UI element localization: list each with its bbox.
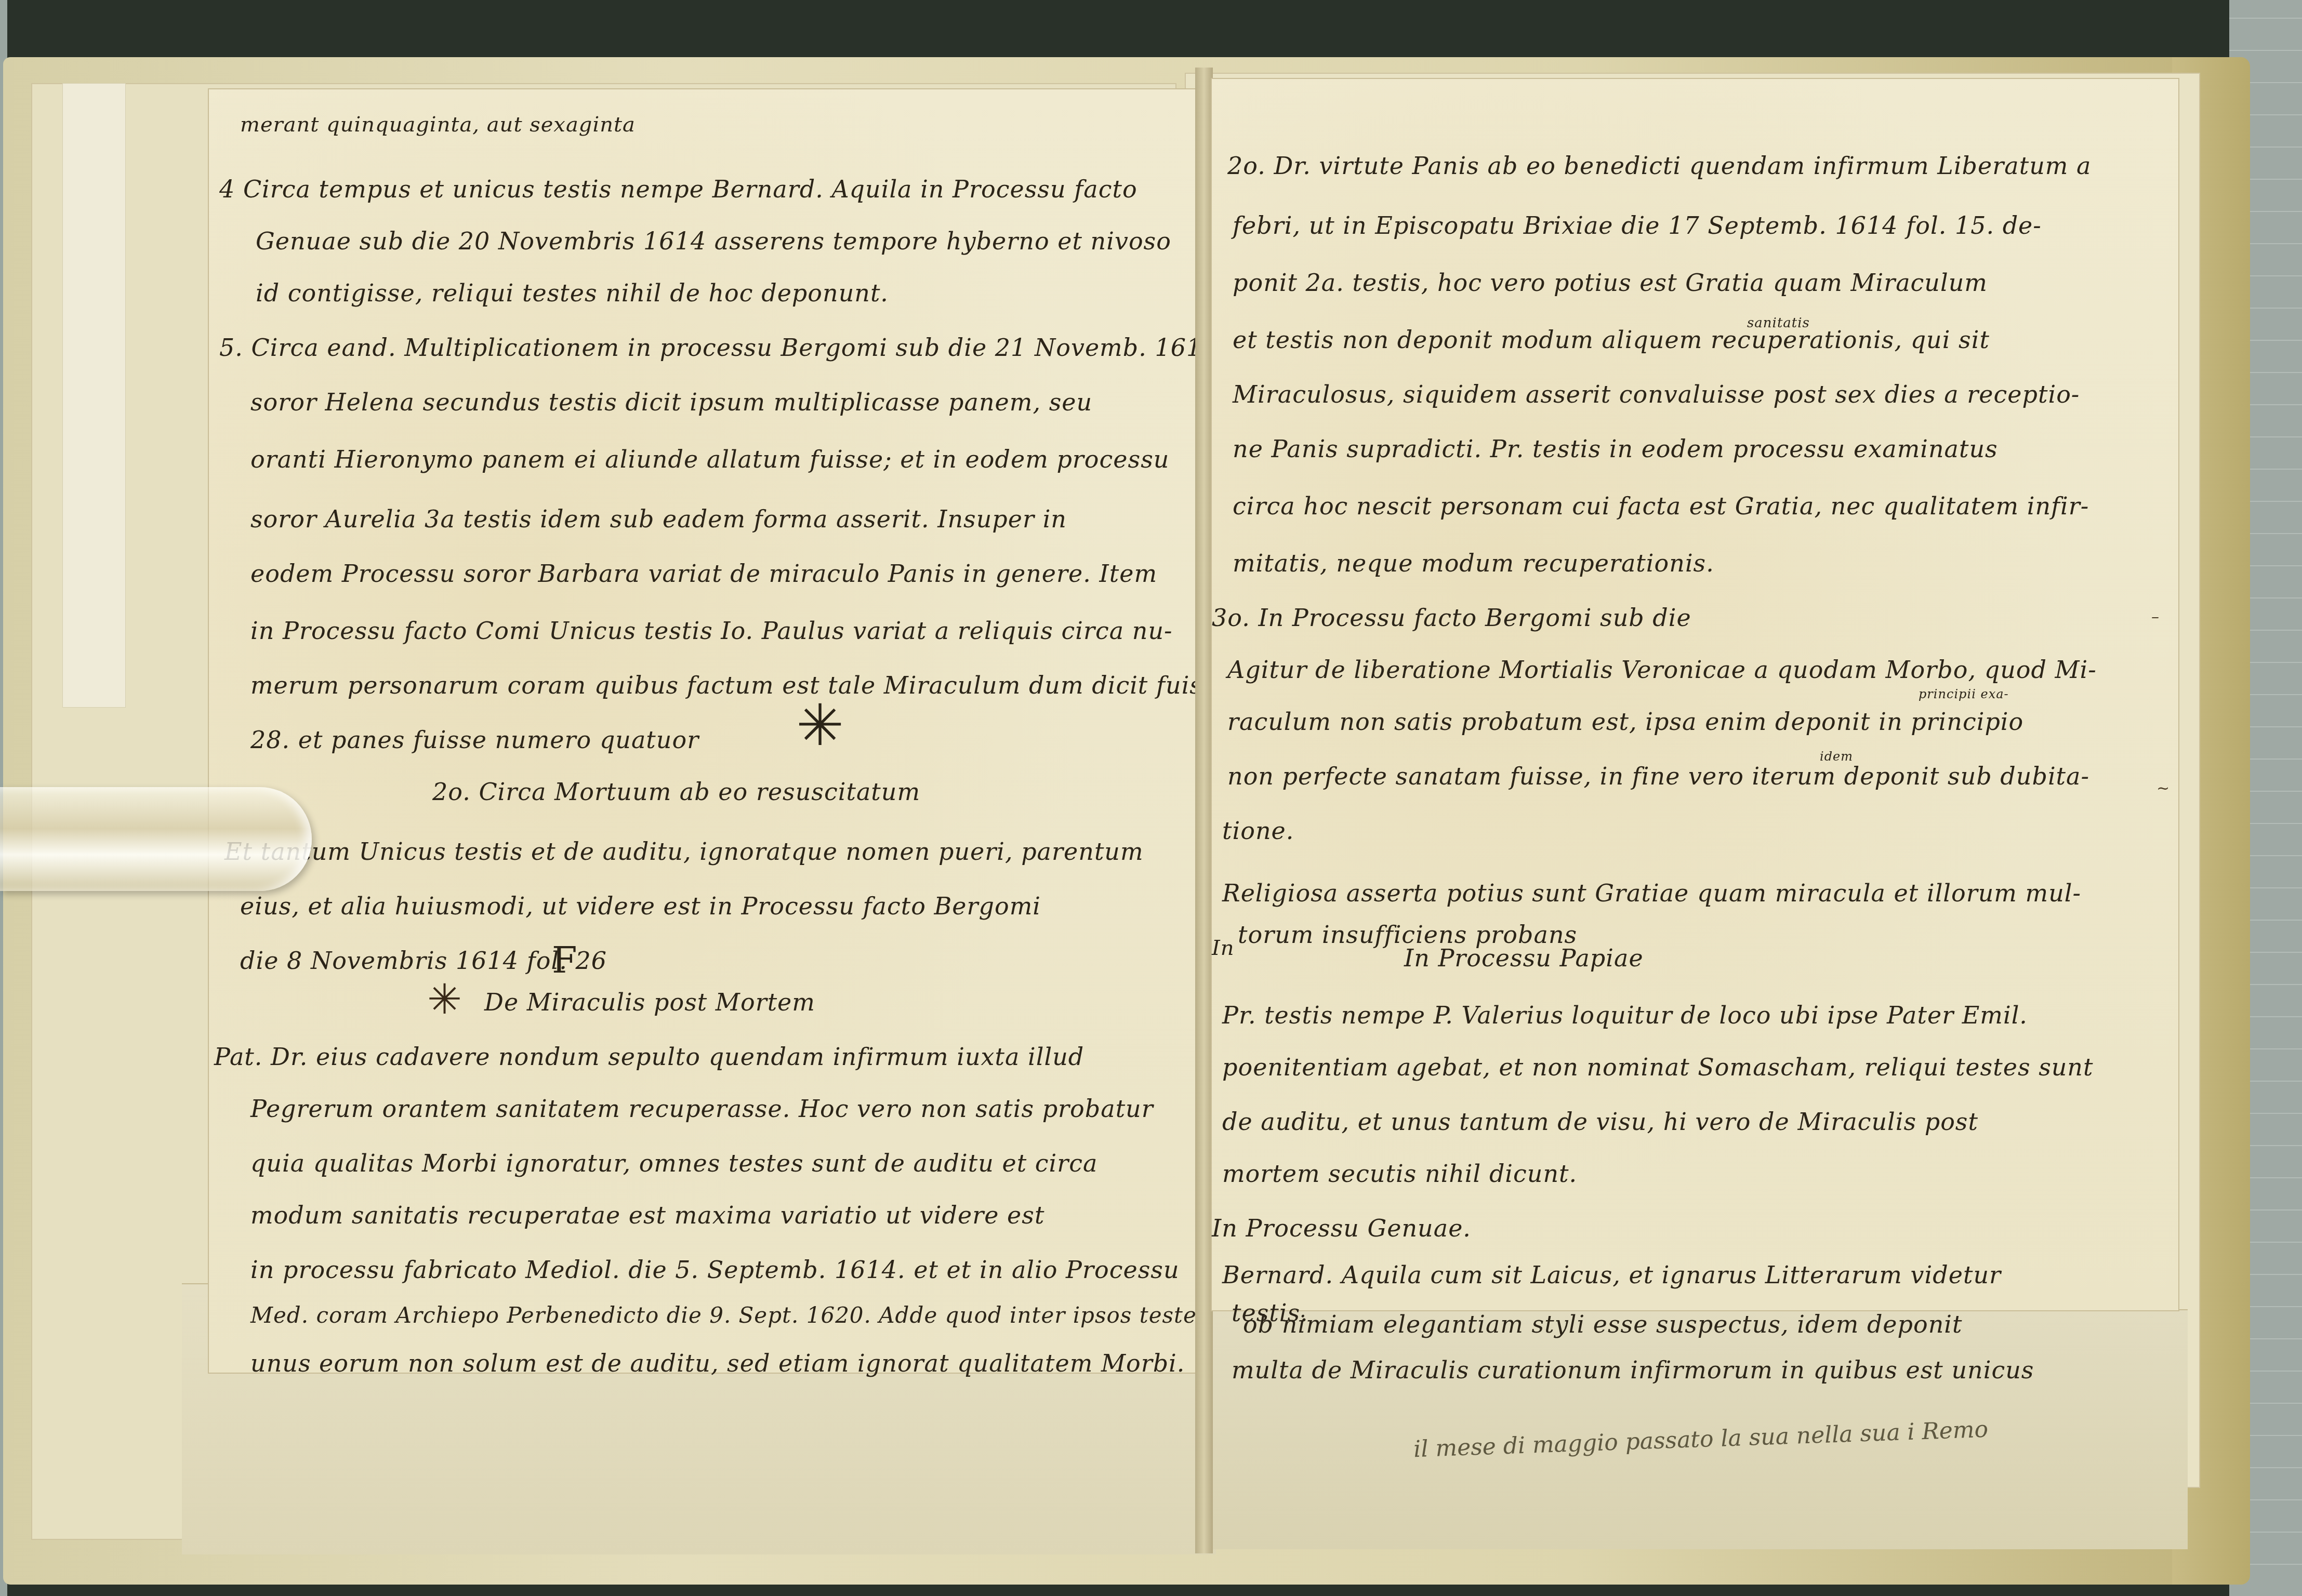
text-line: modum sanitatis recuperatae est maxima v… bbox=[250, 1201, 1044, 1229]
text-line: soror Aurelia 3a testis idem sub eadem f… bbox=[250, 505, 1067, 533]
text-line: testis. bbox=[1232, 1299, 1308, 1327]
paper-flap bbox=[62, 83, 126, 708]
text-line: 5. Circa eand. Multiplicationem in proce… bbox=[219, 334, 1226, 362]
left-page-text: merant quinquaginta, aut sexaginta 4 Cir… bbox=[209, 89, 1201, 1373]
text-line: in Processu facto Comi Unicus testis Io.… bbox=[250, 617, 1173, 645]
right-page-text-continued: multa de Miraculis curationum infirmorum… bbox=[1211, 0, 2177, 1596]
text-line: Pegrerum orantem sanitatem recuperasse. … bbox=[250, 1095, 1154, 1123]
asterisk-mark-icon: ✳ bbox=[796, 692, 844, 759]
text-line: Med. coram Archiepo Perbenedicto die 9. … bbox=[250, 1302, 1208, 1328]
text-line: Et tantum Unicus testis et de auditu, ig… bbox=[224, 837, 1144, 866]
text-line: oranti Hieronymo panem ei aliunde allatu… bbox=[250, 445, 1169, 473]
text-line: Genuae sub die 20 Novembris 1614 asseren… bbox=[256, 227, 1171, 255]
margin-fragment: ~ bbox=[2157, 779, 2169, 797]
f-mark-icon: F bbox=[552, 939, 578, 981]
text-line: 4 Circa tempus et unicus testis nempe Be… bbox=[219, 175, 1137, 203]
text-line: unus eorum non solum est de auditu, sed … bbox=[250, 1349, 1185, 1377]
section-heading: De Miraculis post Mortem bbox=[484, 988, 815, 1016]
binding-gutter bbox=[1195, 68, 1213, 1553]
text-line: in processu fabricato Mediol. die 5. Sep… bbox=[250, 1256, 1180, 1284]
text-line: 28. et panes fuisse numero quatuor bbox=[250, 726, 699, 754]
text-line: quia qualitas Morbi ignoratur, omnes tes… bbox=[250, 1149, 1097, 1177]
text-line: soror Helena secundus testis dicit ipsum… bbox=[250, 388, 1092, 416]
text-line: id contigisse, reliqui testes nihil de h… bbox=[256, 279, 889, 307]
text-line: eius, et alia huiusmodi, ut videre est i… bbox=[240, 892, 1041, 920]
text-line: merum personarum coram quibus factum est… bbox=[250, 671, 1230, 699]
left-page: merant quinquaginta, aut sexaginta 4 Cir… bbox=[208, 88, 1202, 1374]
margin-fragment: – bbox=[2151, 608, 2159, 626]
glass-weight bbox=[0, 787, 312, 891]
text-line: multa de Miraculis curationum infirmorum… bbox=[1232, 1356, 2034, 1384]
asterisk-mark-small-icon: ✳ bbox=[427, 975, 462, 1023]
section-heading: 2o. Circa Mortuum ab eo resuscitatum bbox=[432, 778, 920, 806]
text-line: eodem Processu soror Barbara variat de m… bbox=[250, 560, 1157, 588]
text-line: merant quinquaginta, aut sexaginta bbox=[240, 113, 636, 137]
text-line: Pat. Dr. eius cadavere nondum sepulto qu… bbox=[214, 1043, 1084, 1071]
